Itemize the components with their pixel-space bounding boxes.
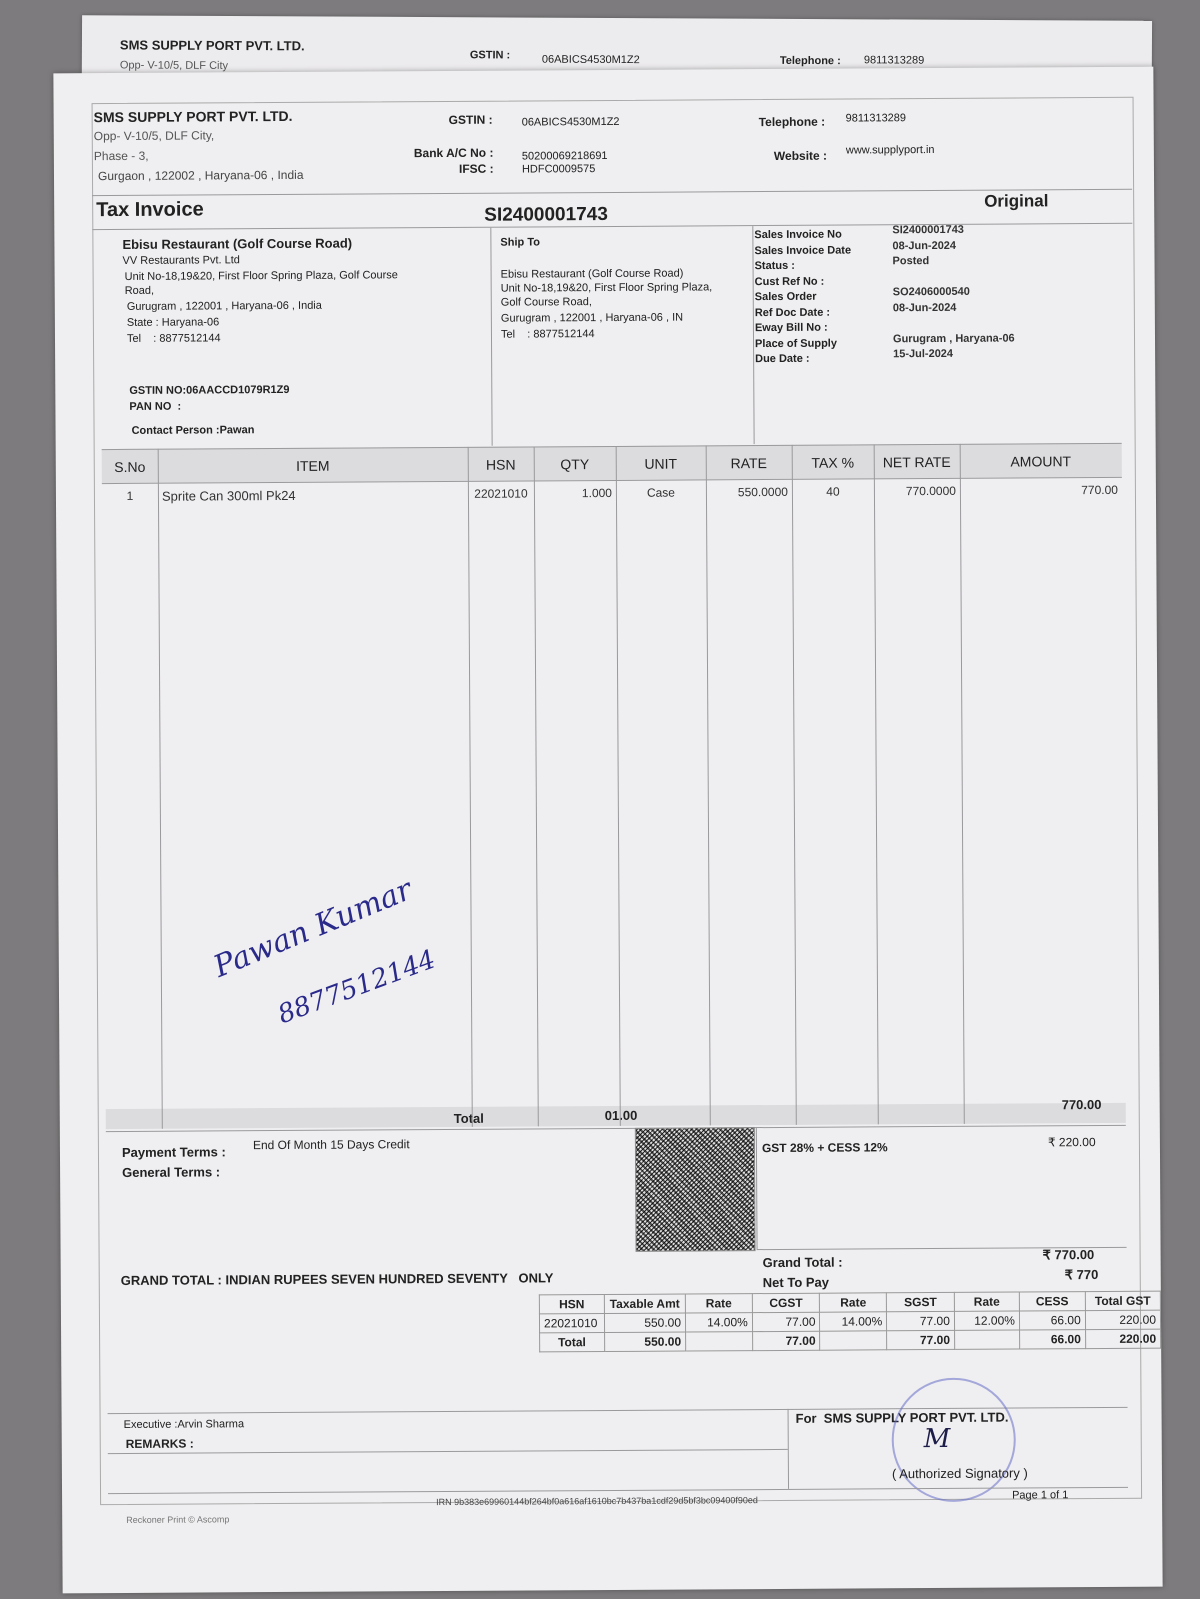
column-header: RATE — [706, 455, 792, 472]
ship-to-tel: Tel : 8877512144 — [501, 328, 595, 341]
company-seal-stamp — [891, 1378, 1016, 1503]
gst-column-header: Rate — [685, 1294, 752, 1313]
gst-column-header: Taxable Amt — [604, 1294, 685, 1313]
website-label: Website : — [774, 149, 827, 163]
gst-cell: 22021010 — [539, 1314, 604, 1333]
back-address: Opp- V-10/5, DLF City — [120, 59, 228, 72]
table-cell-amount: 770.00 — [964, 483, 1118, 498]
meta-value: SO2406000540 — [893, 286, 970, 298]
gst-breakup-table: HSNTaxable AmtRateCGSTRateSGSTRateCESSTo… — [539, 1291, 1161, 1353]
irn-number: IRN 9b383e69960144bf264bf0a616af1610bc7b… — [436, 1495, 758, 1507]
gst-total-cell — [686, 1332, 753, 1351]
bill-to-state: State : Haryana-06 — [127, 316, 219, 329]
back-telephone-label: Telephone : — [780, 55, 841, 67]
executive-name: Executive :Arvin Sharma — [124, 1418, 245, 1431]
total-qty: 01.00 — [605, 1108, 638, 1123]
gst-total-cell: Total — [540, 1333, 605, 1352]
e-invoice-qr-code — [635, 1127, 756, 1252]
gst-column-header: HSN — [539, 1295, 604, 1314]
tax-summary-value: ₹ 220.00 — [1048, 1135, 1096, 1149]
column-header: TAX % — [792, 454, 874, 471]
remarks-label: REMARKS : — [126, 1437, 194, 1451]
copy-label: Original — [984, 191, 1048, 211]
back-gstin: 06ABICS4530M1Z2 — [542, 54, 640, 67]
ship-to-name: Ebisu Restaurant (Golf Course Road) — [501, 268, 684, 281]
gst-column-header: Total GST — [1085, 1291, 1160, 1310]
seller-company-name: SMS SUPPLY PORT PVT. LTD. — [94, 108, 293, 125]
gst-column-header: CESS — [1019, 1292, 1085, 1311]
table-cell-rate: 550.0000 — [710, 485, 788, 499]
gst-column-header: SGST — [887, 1292, 955, 1311]
gst-cell: 77.00 — [752, 1312, 820, 1331]
table-cell-sno: 1 — [106, 489, 154, 503]
column-header: AMOUNT — [960, 453, 1122, 470]
seller-telephone-label: Telephone : — [759, 115, 826, 129]
gst-total-cell: 550.00 — [604, 1332, 685, 1351]
document-title: Tax Invoice — [96, 198, 204, 222]
authorized-signatory-label: ( Authorized Signatory ) — [892, 1465, 1028, 1481]
grand-total-value: ₹ 770.00 — [1043, 1247, 1095, 1263]
back-gstin-label: GSTIN : — [470, 49, 510, 61]
total-label: Total — [454, 1111, 484, 1126]
bank-ac-label: Bank A/C No : — [414, 146, 494, 160]
back-telephone: 9811313289 — [864, 54, 924, 66]
seller-address-line2: Phase - 3, — [94, 149, 149, 163]
invoice-number-heading: SI2400001743 — [484, 204, 608, 227]
bill-to-address-line2: Road, — [125, 285, 154, 297]
meta-label: Sales Invoice Date — [754, 244, 851, 257]
gst-cell: 220.00 — [1085, 1310, 1160, 1329]
gst-cell: 12.00% — [954, 1311, 1019, 1330]
gst-column-header: Rate — [820, 1293, 887, 1312]
bank-ac-number: 50200069218691 — [522, 150, 608, 163]
column-header: S.No — [102, 459, 158, 475]
grand-total-in-words: GRAND TOTAL : INDIAN RUPEES SEVEN HUNDRE… — [121, 1270, 554, 1288]
signature: M — [924, 1424, 951, 1454]
meta-label: Eway Bill No : — [755, 322, 828, 334]
table-cell-tax: 40 — [796, 484, 870, 498]
meta-value: Gurugram , Haryana-06 — [893, 332, 1015, 345]
gst-cell: 14.00% — [685, 1313, 752, 1332]
bill-to-company: VV Restaurants Pvt. Ltd — [122, 254, 239, 267]
ifsc-code: HDFC0009575 — [522, 163, 595, 175]
general-terms-label: General Terms : — [122, 1164, 220, 1180]
seller-gstin: 06ABICS4530M1Z2 — [522, 116, 620, 129]
table-cell-qty: 1.000 — [538, 486, 612, 500]
gst-total-cell — [954, 1330, 1019, 1349]
ship-to-city: Gurugram , 122001 , Haryana-06 , IN — [501, 312, 683, 325]
table-cell-item: Sprite Can 300ml Pk24 — [162, 487, 464, 504]
meta-label: Place of Supply — [755, 337, 837, 350]
gst-cell: 14.00% — [820, 1312, 887, 1331]
seller-gstin-label: GSTIN : — [449, 113, 493, 127]
column-header: QTY — [534, 456, 616, 473]
gst-cell: 77.00 — [887, 1311, 955, 1330]
gst-cell: 66.00 — [1019, 1311, 1085, 1330]
seller-address-line3: Gurgaon , 122002 , Haryana-06 , India — [98, 168, 304, 183]
meta-label: Cust Ref No : — [755, 275, 825, 287]
grand-total-label: Grand Total : — [763, 1255, 843, 1270]
gst-total-cell — [820, 1331, 887, 1350]
meta-value: 08-Jun-2024 — [893, 301, 957, 313]
column-header: UNIT — [616, 455, 706, 472]
contact-person: Contact Person :Pawan — [132, 424, 255, 437]
total-amount: 770.00 — [1062, 1097, 1102, 1112]
bill-to-city: Gurugram , 122001 , Haryana-06 , India — [127, 300, 322, 313]
ship-to-address-line1: Unit No-18,19&20, First Floor Spring Pla… — [501, 281, 713, 294]
gst-total-cell: 220.00 — [1085, 1329, 1160, 1348]
gst-column-header: CGST — [752, 1293, 820, 1312]
bill-to-address-line1: Unit No-18,19&20, First Floor Spring Pla… — [125, 269, 398, 283]
gst-column-header: Rate — [954, 1292, 1019, 1311]
seller-address-line1: Opp- V-10/5, DLF City, — [94, 128, 215, 143]
column-header: HSN — [468, 456, 534, 472]
meta-label: Due Date : — [755, 353, 809, 365]
table-cell-hsn: 22021010 — [472, 486, 530, 500]
meta-label: Status : — [755, 260, 795, 272]
ifsc-label: IFSC : — [459, 162, 494, 176]
bill-to-pan: PAN NO : — [129, 401, 181, 413]
net-to-pay-label: Net To Pay — [763, 1275, 829, 1290]
invoice-sheet: SMS SUPPLY PORT PVT. LTD. Opp- V-10/5, D… — [53, 67, 1162, 1594]
bill-to-name: Ebisu Restaurant (Golf Course Road) — [122, 236, 352, 252]
meta-value: 08-Jun-2024 — [892, 239, 956, 251]
table-cell-net_rate: 770.0000 — [878, 484, 956, 498]
meta-label: Sales Invoice No — [754, 229, 842, 242]
tax-summary-label: GST 28% + CESS 12% — [762, 1140, 888, 1155]
meta-value: 15-Jul-2024 — [893, 348, 953, 360]
meta-value: SI2400001743 — [892, 224, 964, 236]
gst-cell: 550.00 — [604, 1313, 685, 1332]
ship-to-label: Ship To — [500, 236, 540, 248]
payment-terms-label: Payment Terms : — [122, 1144, 226, 1160]
back-company-name: SMS SUPPLY PORT PVT. LTD. — [120, 37, 305, 53]
bill-to-tel: Tel : 8877512144 — [127, 332, 221, 345]
meta-label: Ref Doc Date : — [755, 306, 830, 318]
page-number: Page 1 of 1 — [1012, 1489, 1068, 1501]
bill-to-gstin: GSTIN NO:06AACCD1079R1Z9 — [129, 384, 289, 397]
column-header: ITEM — [158, 457, 468, 475]
gst-total-cell: 77.00 — [752, 1331, 820, 1350]
column-header: NET RATE — [874, 454, 960, 471]
website-link[interactable]: www.supplyport.in — [846, 144, 935, 157]
seller-telephone: 9811313289 — [846, 112, 906, 124]
gst-total-cell: 77.00 — [887, 1330, 955, 1349]
net-to-pay-value: ₹ 770 — [1065, 1267, 1099, 1283]
print-credit: Reckoner Print © Ascomp — [126, 1514, 229, 1525]
meta-value: Posted — [892, 255, 929, 267]
meta-label: Sales Order — [755, 291, 817, 303]
gst-total-cell: 66.00 — [1019, 1330, 1085, 1349]
table-cell-unit: Case — [620, 485, 702, 500]
ship-to-address-line2: Golf Course Road, — [501, 296, 592, 309]
payment-terms-value: End Of Month 15 Days Credit — [253, 1137, 410, 1152]
